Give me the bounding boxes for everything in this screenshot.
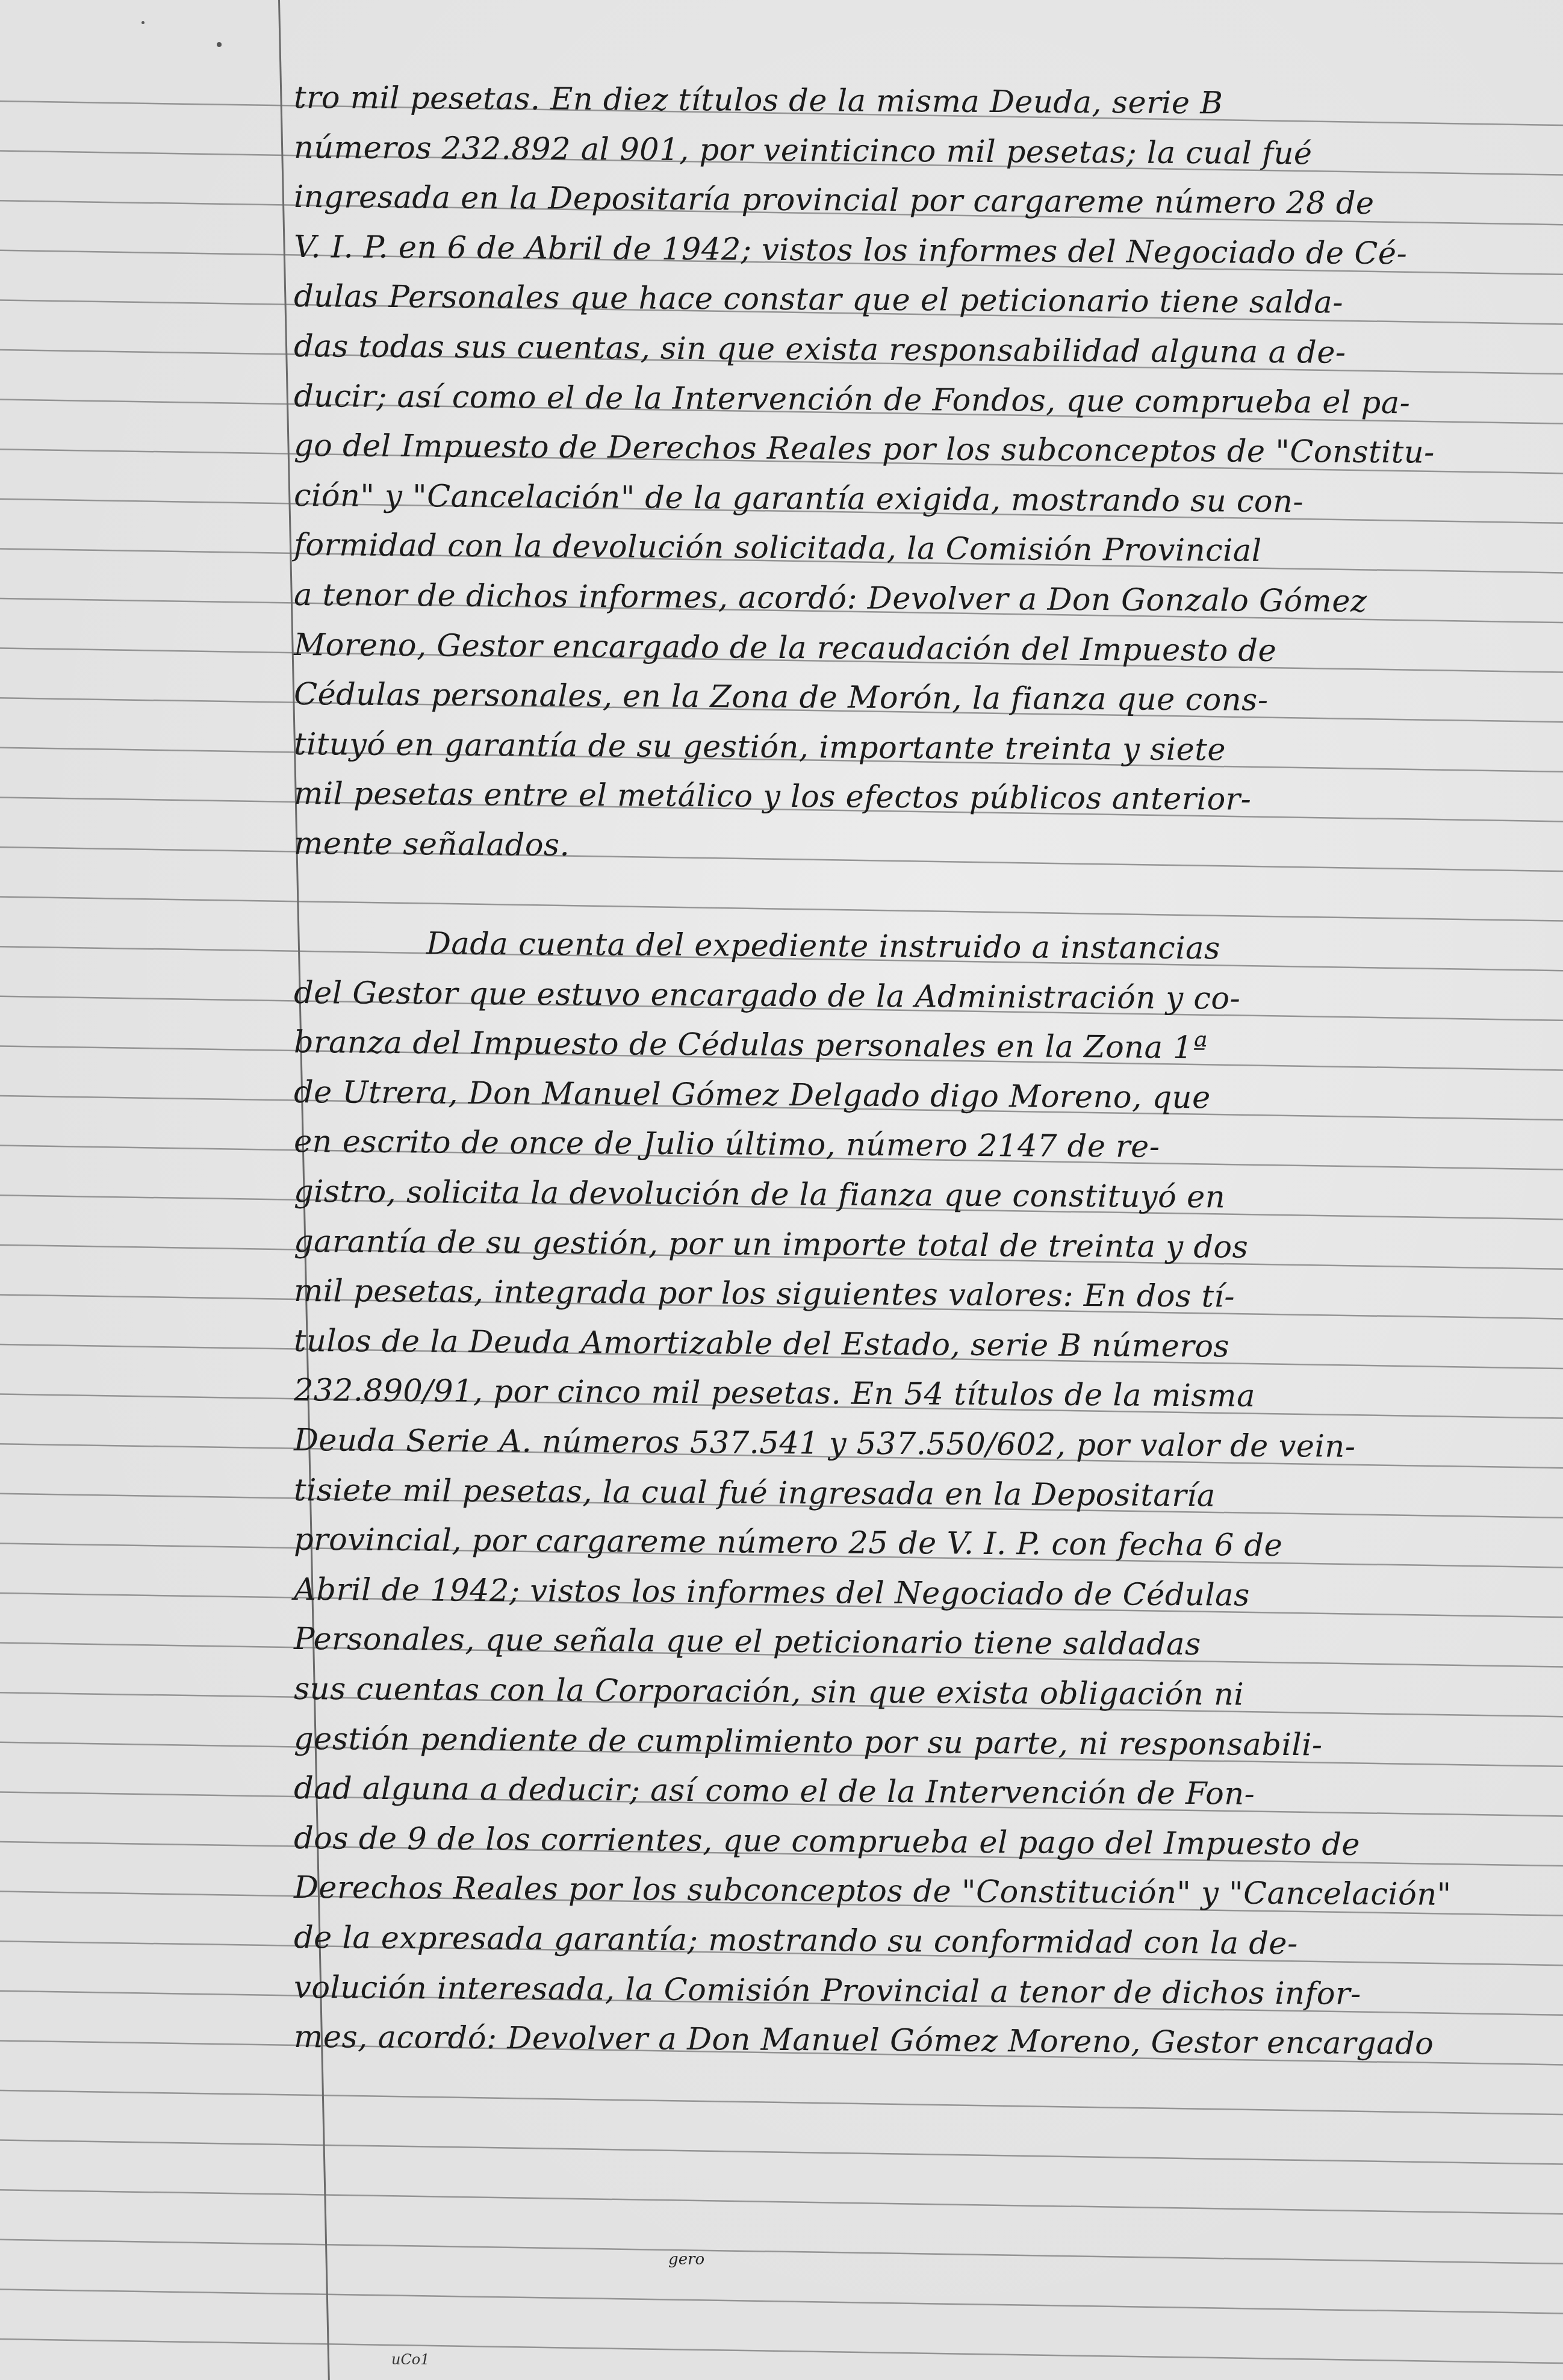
manuscript-line: V. I. P. en 6 de Abril de 1942; vistos l… <box>294 223 1546 280</box>
manuscript-line: a tenor de dichos informes, acordó: Devo… <box>294 571 1546 628</box>
manuscript-line <box>294 869 1546 927</box>
manuscript-line: Cédulas personales, en la Zona de Morón,… <box>294 670 1546 727</box>
manuscript-line: ducir; así como el de la Intervención de… <box>294 372 1546 429</box>
manuscript-line: Personales, que señala que el peticionar… <box>294 1615 1546 1672</box>
manuscript-line: Deuda Serie A. números 537.541 y 537.550… <box>294 1416 1546 1473</box>
manuscript-line: mil pesetas, integrada por los siguiente… <box>294 1267 1546 1324</box>
manuscript-line: tulos de la Deuda Amortizable del Estado… <box>294 1317 1546 1374</box>
manuscript-line: formidad con la devolución solicitada, l… <box>294 521 1546 578</box>
manuscript-line: tituyó en garantía de su gestión, import… <box>294 720 1546 777</box>
manuscript-line: das todas sus cuentas, sin que exista re… <box>294 322 1546 379</box>
manuscript-line: dad alguna a deducir; así como el de la … <box>294 1764 1546 1821</box>
manuscript-line: gestión pendiente de cumplimiento por su… <box>294 1715 1546 1772</box>
manuscript-page: tro mil pesetas. En diez títulos de la m… <box>0 0 1563 2380</box>
manuscript-line: 232.890/91, por cinco mil pesetas. En 54… <box>294 1366 1546 1423</box>
manuscript-line: ción" y "Cancelación" de la garantía exi… <box>294 471 1546 529</box>
manuscript-line: Derechos Reales por los subconceptos de … <box>294 1863 1546 1921</box>
manuscript-line: en escrito de once de Julio último, núme… <box>294 1117 1546 1175</box>
manuscript-line: ingresada en la Depositaría provincial p… <box>294 173 1546 230</box>
ink-speck <box>217 42 222 47</box>
footer-mark: uCo1 <box>391 2351 430 2368</box>
manuscript-line: dos de 9 de los corrientes, que comprueb… <box>294 1814 1546 1871</box>
manuscript-line: mes, acordó: Devolver a Don Manuel Gómez… <box>294 2013 1546 2070</box>
manuscript-line: Moreno, Gestor encargado de la recaudaci… <box>294 621 1546 678</box>
manuscript-line: del Gestor que estuvo encargado de la Ad… <box>294 969 1546 1026</box>
manuscript-line: Abril de 1942; vistos los informes del N… <box>294 1565 1546 1623</box>
manuscript-line: branza del Impuesto de Cédulas personale… <box>294 1018 1546 1075</box>
manuscript-line: gistro, solicita la devolución de la fia… <box>294 1167 1546 1225</box>
manuscript-line: garantía de su gestión, por un importe t… <box>294 1217 1546 1275</box>
manuscript-line: de Utrera, Don Manuel Gómez Delgado digo… <box>294 1068 1546 1125</box>
manuscript-line: go del Impuesto de Derechos Reales por l… <box>294 421 1546 479</box>
manuscript-line: dulas Personales que hace constar que el… <box>294 272 1546 329</box>
manuscript-line: tro mil pesetas. En diez títulos de la m… <box>294 73 1546 131</box>
manuscript-line: sus cuentas con la Corporación, sin que … <box>294 1665 1546 1722</box>
manuscript-line: Dada cuenta del expediente instruido a i… <box>294 919 1546 976</box>
interlinear-insertion: gero <box>668 2251 704 2269</box>
manuscript-line: provincial, por cargareme número 25 de V… <box>294 1515 1546 1573</box>
ink-speck <box>141 21 144 24</box>
manuscript-line: mente señalados. <box>294 819 1546 877</box>
manuscript-line: de la expresada garantía; mostrando su c… <box>294 1913 1546 1971</box>
manuscript-line: tisiete mil pesetas, la cual fué ingresa… <box>294 1466 1546 1523</box>
manuscript-line: números 232.892 al 901, por veinticinco … <box>294 123 1546 181</box>
manuscript-line: volución interesada, la Comisión Provinc… <box>294 1963 1546 2021</box>
manuscript-text: tro mil pesetas. En diez títulos de la m… <box>294 73 1546 2063</box>
manuscript-line: mil pesetas entre el metálico y los efec… <box>294 769 1546 827</box>
